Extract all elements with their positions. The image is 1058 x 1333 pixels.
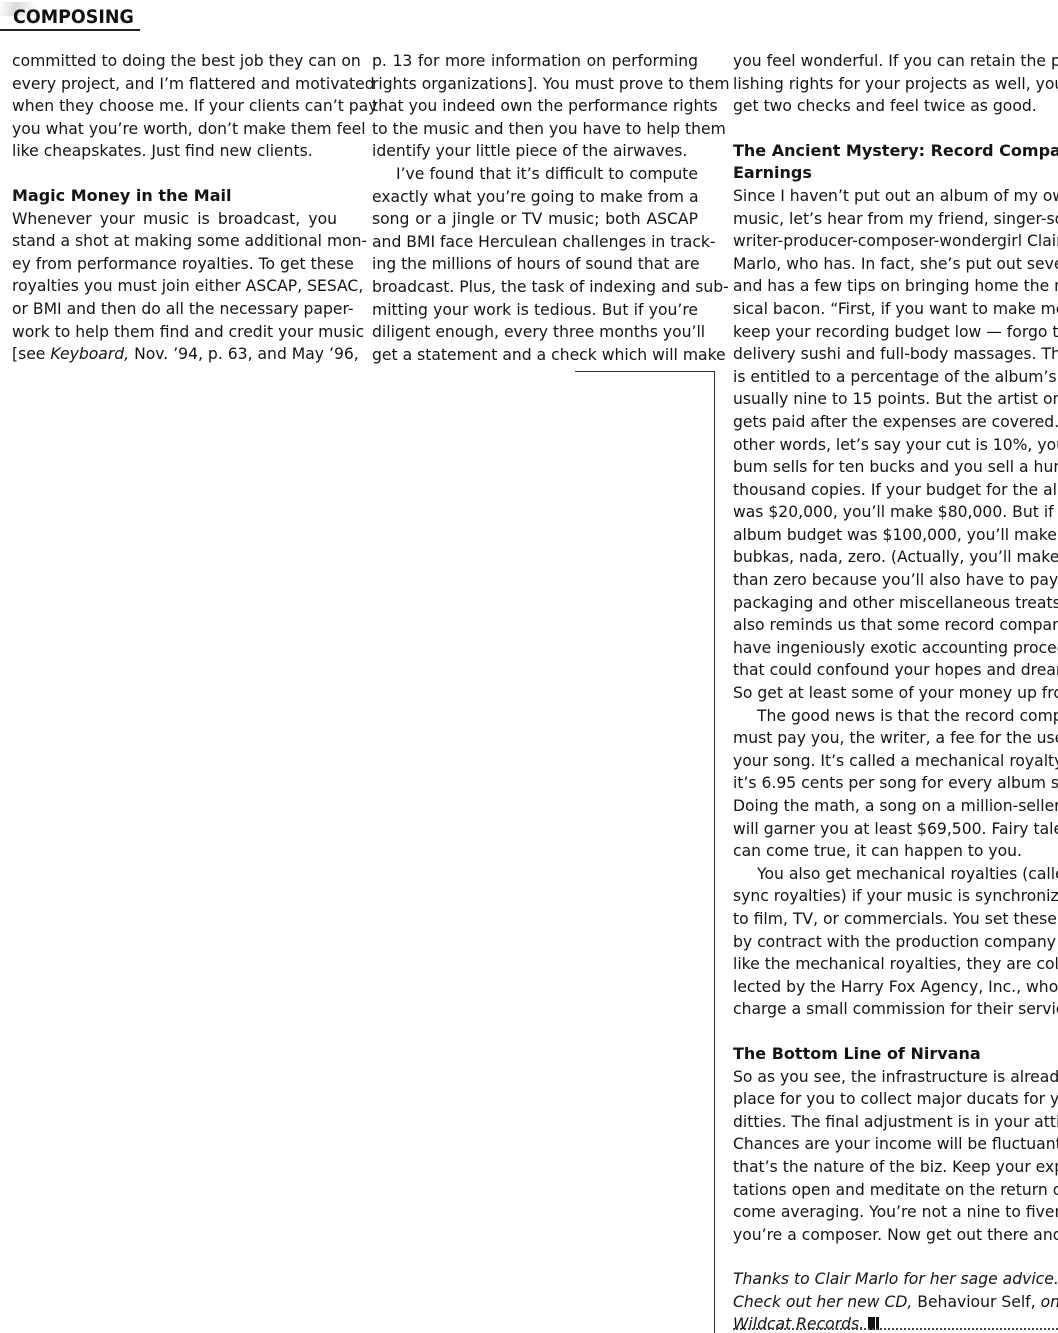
text-line: gets paid after the expenses are covered… <box>733 411 1057 434</box>
section-label: COMPOSING <box>13 6 134 28</box>
credit-text: Check out her new CD, <box>733 1293 912 1311</box>
text-line: or BMI and then do all the necessary pap… <box>12 298 337 321</box>
text-line: can come true, it can happen to you. <box>733 840 1057 863</box>
text-line: your song. It’s called a mechanical roya… <box>733 750 1057 773</box>
text-line: committed to doing the best job they can… <box>12 50 337 73</box>
text-line: broadcast. Plus, the task of indexing an… <box>372 276 698 299</box>
text-line: You also get mechanical royalties (calle… <box>733 863 1057 886</box>
credit-text: on <box>1036 1293 1058 1311</box>
heading-line: The Ancient Mystery: Record Company <box>733 140 1057 163</box>
credit-line: Thanks to Clair Marlo for her sage advic… <box>733 1268 1057 1291</box>
text-line: work to help them find and credit your m… <box>12 321 337 344</box>
text-line: Marlo, who has. In fact, she’s put out s… <box>733 253 1057 276</box>
text-line: bum sells for ten bucks and you sell a h… <box>733 456 1057 479</box>
text-line: tations open and meditate on the return … <box>733 1179 1057 1202</box>
text-line: by contract with the production company … <box>733 931 1057 954</box>
record-label: Wildcat Records. <box>733 1315 864 1333</box>
album-title: Behaviour Self, <box>912 1293 1035 1311</box>
heading-bottom-line: The Bottom Line of Nirvana <box>733 1043 1057 1066</box>
text-line: that you indeed own the performance righ… <box>372 95 698 118</box>
paragraph-clients: committed to doing the best job they can… <box>12 50 337 163</box>
paragraph-good-news: The good news is that the record company… <box>733 705 1057 863</box>
text-line: ditties. The final adjustment is in your… <box>733 1111 1057 1134</box>
heading-ancient-mystery: The Ancient Mystery: Record Company Earn… <box>733 140 1057 185</box>
column-3: you feel wonderful. If you can retain th… <box>733 50 1057 1333</box>
text-line: will garner you at least $69,500. Fairy … <box>733 818 1057 841</box>
column-1: committed to doing the best job they can… <box>12 50 337 366</box>
text-line: The good news is that the record company <box>733 705 1057 728</box>
text-line: is entitled to a percentage of the album… <box>733 366 1057 389</box>
paragraph-clair-marlo: Since I haven’t put out an album of my o… <box>733 185 1057 705</box>
text-line: to the music and then you have to help t… <box>372 118 698 141</box>
text-line: royalties you must join either ASCAP, SE… <box>12 275 337 298</box>
text-line: to film, TV, or commercials. You set the… <box>733 908 1057 931</box>
text-line: usually nine to 15 points. But the artis… <box>733 388 1057 411</box>
text-line: get a statement and a check which will m… <box>372 344 698 367</box>
text-line: like cheapskates. Just find new clients. <box>12 140 337 163</box>
paragraph-sync-royalties: You also get mechanical royalties (calle… <box>733 863 1057 1021</box>
text-line: Chances are your income will be fluctuan… <box>733 1133 1057 1156</box>
paragraph-performance-rights: p. 13 for more information on performing… <box>372 50 698 163</box>
text-line: rights organizations]. You must prove to… <box>372 73 698 96</box>
citation-pre: [see <box>12 345 50 363</box>
heading-magic-money: Magic Money in the Mail <box>12 185 337 208</box>
paragraph-bottom-line: So as you see, the infrastructure is alr… <box>733 1066 1057 1247</box>
text-line-citation: [see Keyboard, Nov. ’94, p. 63, and May … <box>12 343 337 366</box>
text-line: and BMI face Herculean challenges in tra… <box>372 231 698 254</box>
text-line: ey from performance royalties. To get th… <box>12 253 337 276</box>
text-line: delivery sushi and full-body massages. T… <box>733 343 1057 366</box>
text-line: Whenever your music is broadcast, you <box>12 208 337 231</box>
text-line: every project, and I’m flattered and mot… <box>12 73 337 96</box>
heading-line: Earnings <box>733 162 1057 185</box>
text-line: other words, let’s say your cut is 10%, … <box>733 434 1057 457</box>
text-line: place for you to collect major ducats fo… <box>733 1088 1057 1111</box>
text-line: like the mechanical royalties, they are … <box>733 953 1057 976</box>
text-line: Doing the math, a song on a million-sell… <box>733 795 1057 818</box>
text-line: So get at least some of your money up fr… <box>733 682 1057 705</box>
text-line: that could confound your hopes and dream… <box>733 659 1057 682</box>
text-line: thousand copies. If your budget for the … <box>733 479 1057 502</box>
dotted-rule <box>733 1328 1058 1330</box>
text-line: lishing rights for your projects as well… <box>733 73 1057 96</box>
text-line: than zero because you’ll also have to pa… <box>733 569 1057 592</box>
text-line: song or a jingle or TV music; both ASCAP <box>372 208 698 231</box>
credit-note: Thanks to Clair Marlo for her sage advic… <box>733 1268 1057 1333</box>
text-line: get two checks and feel twice as good. <box>733 95 1057 118</box>
header-rule <box>0 29 140 31</box>
text-line: identify your little piece of the airwav… <box>372 140 698 163</box>
text-line: charge a small commission for their serv… <box>733 998 1057 1021</box>
text-line: sync royalties) if your music is synchro… <box>733 885 1057 908</box>
box-rule-vertical <box>714 371 715 1333</box>
text-line: you feel wonderful. If you can retain th… <box>733 50 1057 73</box>
text-line: must pay you, the writer, a fee for the … <box>733 727 1057 750</box>
text-line: you what you’re worth, don’t make them f… <box>12 118 337 141</box>
text-line: p. 13 for more information on performing <box>372 50 698 73</box>
text-line: you’re a composer. Now get out there and… <box>733 1224 1057 1247</box>
text-line: and has a few tips on bringing home the … <box>733 275 1057 298</box>
credit-line-cd: Check out her new CD, Behaviour Self, on <box>733 1291 1057 1314</box>
paragraph-feel-wonderful: you feel wonderful. If you can retain th… <box>733 50 1057 118</box>
text-line: was $20,000, you’ll make $80,000. But if… <box>733 501 1057 524</box>
column-2: p. 13 for more information on performing… <box>372 50 698 366</box>
text-line: exactly what you’re going to make from a <box>372 186 698 209</box>
text-line: sical bacon. “First, if you want to make… <box>733 298 1057 321</box>
paragraph-difficult-to-compute: I’ve found that it’s difficult to comput… <box>372 163 698 366</box>
text-line: writer-producer-composer-wondergirl Clai… <box>733 230 1057 253</box>
box-rule-horizontal <box>575 371 715 372</box>
text-line: diligent enough, every three months you’… <box>372 321 698 344</box>
text-line: packaging and other miscellaneous treats… <box>733 592 1057 615</box>
text-line: mitting your work is tedious. But if you… <box>372 299 698 322</box>
text-line: that’s the nature of the biz. Keep your … <box>733 1156 1057 1179</box>
text-line: music, let’s hear from my friend, singer… <box>733 208 1057 231</box>
section-header: COMPOSING <box>0 0 142 32</box>
text-line: ing the millions of hours of sound that … <box>372 253 698 276</box>
citation-magazine: Keyboard, <box>50 345 129 363</box>
text-line: album budget was $100,000, you’ll make z… <box>733 524 1057 547</box>
text-line: have ingeniously exotic accounting proce… <box>733 637 1057 660</box>
text-line: Since I haven’t put out an album of my o… <box>733 185 1057 208</box>
credit-line-label: Wildcat Records. <box>733 1313 1057 1333</box>
citation-post: Nov. ’94, p. 63, and May ’96, <box>129 345 359 363</box>
paragraph-performance-royalties: Whenever your music is broadcast, you st… <box>12 208 337 366</box>
text-line: stand a shot at making some additional m… <box>12 230 337 253</box>
text-line: when they choose me. If your clients can… <box>12 95 337 118</box>
text-line: So as you see, the infrastructure is alr… <box>733 1066 1057 1089</box>
text-line: come averaging. You’re not a nine to fiv… <box>733 1201 1057 1224</box>
text-line: bubkas, nada, zero. (Actually, you’ll ma… <box>733 546 1057 569</box>
text-line: lected by the Harry Fox Agency, Inc., wh… <box>733 976 1057 999</box>
text-line: also reminds us that some record compani… <box>733 614 1057 637</box>
text-line: keep your recording budget low — forgo t… <box>733 321 1057 344</box>
text-line: I’ve found that it’s difficult to comput… <box>372 163 698 186</box>
text-line: it’s 6.95 cents per song for every album… <box>733 772 1057 795</box>
